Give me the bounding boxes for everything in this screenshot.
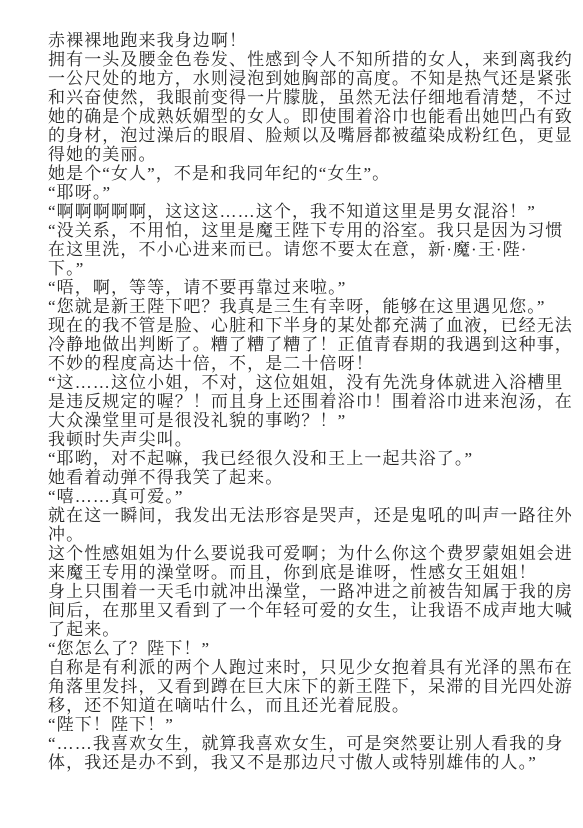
text-line: 体，我还是办不到，我又不是那边尺寸傲人或特别雄伟的人。”: [48, 753, 578, 772]
text-line: 拥有一头及腰金色卷发、性感到令人不知所措的女人，来到离我约: [48, 50, 578, 69]
text-line: 身上只围着一天毛巾就冲出澡堂，一路冲进之前被告知属于我的房: [48, 582, 578, 601]
text-line: 和兴奋使然，我眼前变得一片朦胧，虽然无法仔细地看清楚，不过: [48, 88, 578, 107]
text-line: 她的确是个成熟妖媚型的女人。即使围着浴巾也能看出她凹凸有致: [48, 107, 578, 126]
text-line: 得她的美丽。: [48, 145, 578, 164]
text-line: 移，还不知道在嘀咕什么，而且还光着屁股。: [48, 696, 578, 715]
novel-page: 赤裸裸地跑来我身边啊！ 拥有一头及腰金色卷发、性感到令人不知所措的女人，来到离我…: [0, 0, 583, 828]
text-line: 在这里洗，不小心进来而已。请您不要太在意，新·魔·王·陛·: [48, 240, 578, 259]
text-line: 的身材，泡过澡后的眼眉、脸颊以及嘴唇都被蕴染成粉红色，更显: [48, 126, 578, 145]
text-line: “耶呀。”: [48, 183, 578, 202]
text-line: 她是个“女人”，不是和我同年纪的“女生”。: [48, 164, 578, 183]
text-line: “您就是新王陛下吧？我真是三生有幸呀，能够在这里遇见您。”: [48, 297, 578, 316]
text-line: 现在的我不管是脸、心脏和下半身的某处都充满了血液，已经无法: [48, 316, 578, 335]
text-line: 就在这一瞬间，我发出无法形容是哭声，还是鬼吼的叫声一路往外: [48, 506, 578, 525]
text-line: 了起来。: [48, 620, 578, 639]
text-line: “您怎么了？陛下！”: [48, 639, 578, 658]
text-line: “这……这位小姐，不对，这位姐姐，没有先洗身体就进入浴槽里: [48, 373, 578, 392]
text-line: 一公尺处的地方，水则浸泡到她胸部的高度。不知是热气还是紧张: [48, 69, 578, 88]
text-line: 自称是有利派的两个人跑过来时，只见少女抱着具有光泽的黑布在: [48, 658, 578, 677]
text-line: “唔，啊，等等，请不要再靠过来啦。”: [48, 278, 578, 297]
text-line: 大众澡堂里可是很没礼貌的事哟？！”: [48, 411, 578, 430]
novel-text-block: 赤裸裸地跑来我身边啊！ 拥有一头及腰金色卷发、性感到令人不知所措的女人，来到离我…: [48, 31, 578, 772]
text-line: 这个性感姐姐为什么要说我可爱啊；为什么你这个费罗蒙姐姐会进: [48, 544, 578, 563]
text-line: “没关系，不用怕，这里是魔王陛下专用的浴室。我只是因为习惯: [48, 221, 578, 240]
text-line: 冷静地做出判断了。糟了糟了糟了！正值青春期的我遇到这种事，: [48, 335, 578, 354]
text-line: “耶哟，对不起嘛，我已经很久没和王上一起共浴了。”: [48, 449, 578, 468]
text-line: “陛下！陛下！”: [48, 715, 578, 734]
text-line: 下。”: [48, 259, 578, 278]
text-line: 不妙的程度高达十倍，不，是二十倍呀！: [48, 354, 578, 373]
text-line: “……我喜欢女生，就算我喜欢女生，可是突然要让别人看我的身: [48, 734, 578, 753]
text-line: “啊啊啊啊啊，这这这……这个，我不知道这里是男女混浴！”: [48, 202, 578, 221]
text-line: 角落里发抖，又看到蹲在巨大床下的新王陛下，呆滞的目光四处游: [48, 677, 578, 696]
text-line: 赤裸裸地跑来我身边啊！: [48, 31, 578, 50]
text-line: 间后，在那里又看到了一个年轻可爱的女生，让我语不成声地大喊: [48, 601, 578, 620]
text-line: 是违反规定的喔？！而且身上还围着浴巾！围着浴巾进来泡汤，在: [48, 392, 578, 411]
text-line: 我顿时失声尖叫。: [48, 430, 578, 449]
text-line: “嘻……真可爱。”: [48, 487, 578, 506]
text-line: 来魔王专用的澡堂呀。而且，你到底是谁呀，性感女王姐姐！: [48, 563, 578, 582]
text-line: 她看着动弹不得我笑了起来。: [48, 468, 578, 487]
text-line: 冲。: [48, 525, 578, 544]
